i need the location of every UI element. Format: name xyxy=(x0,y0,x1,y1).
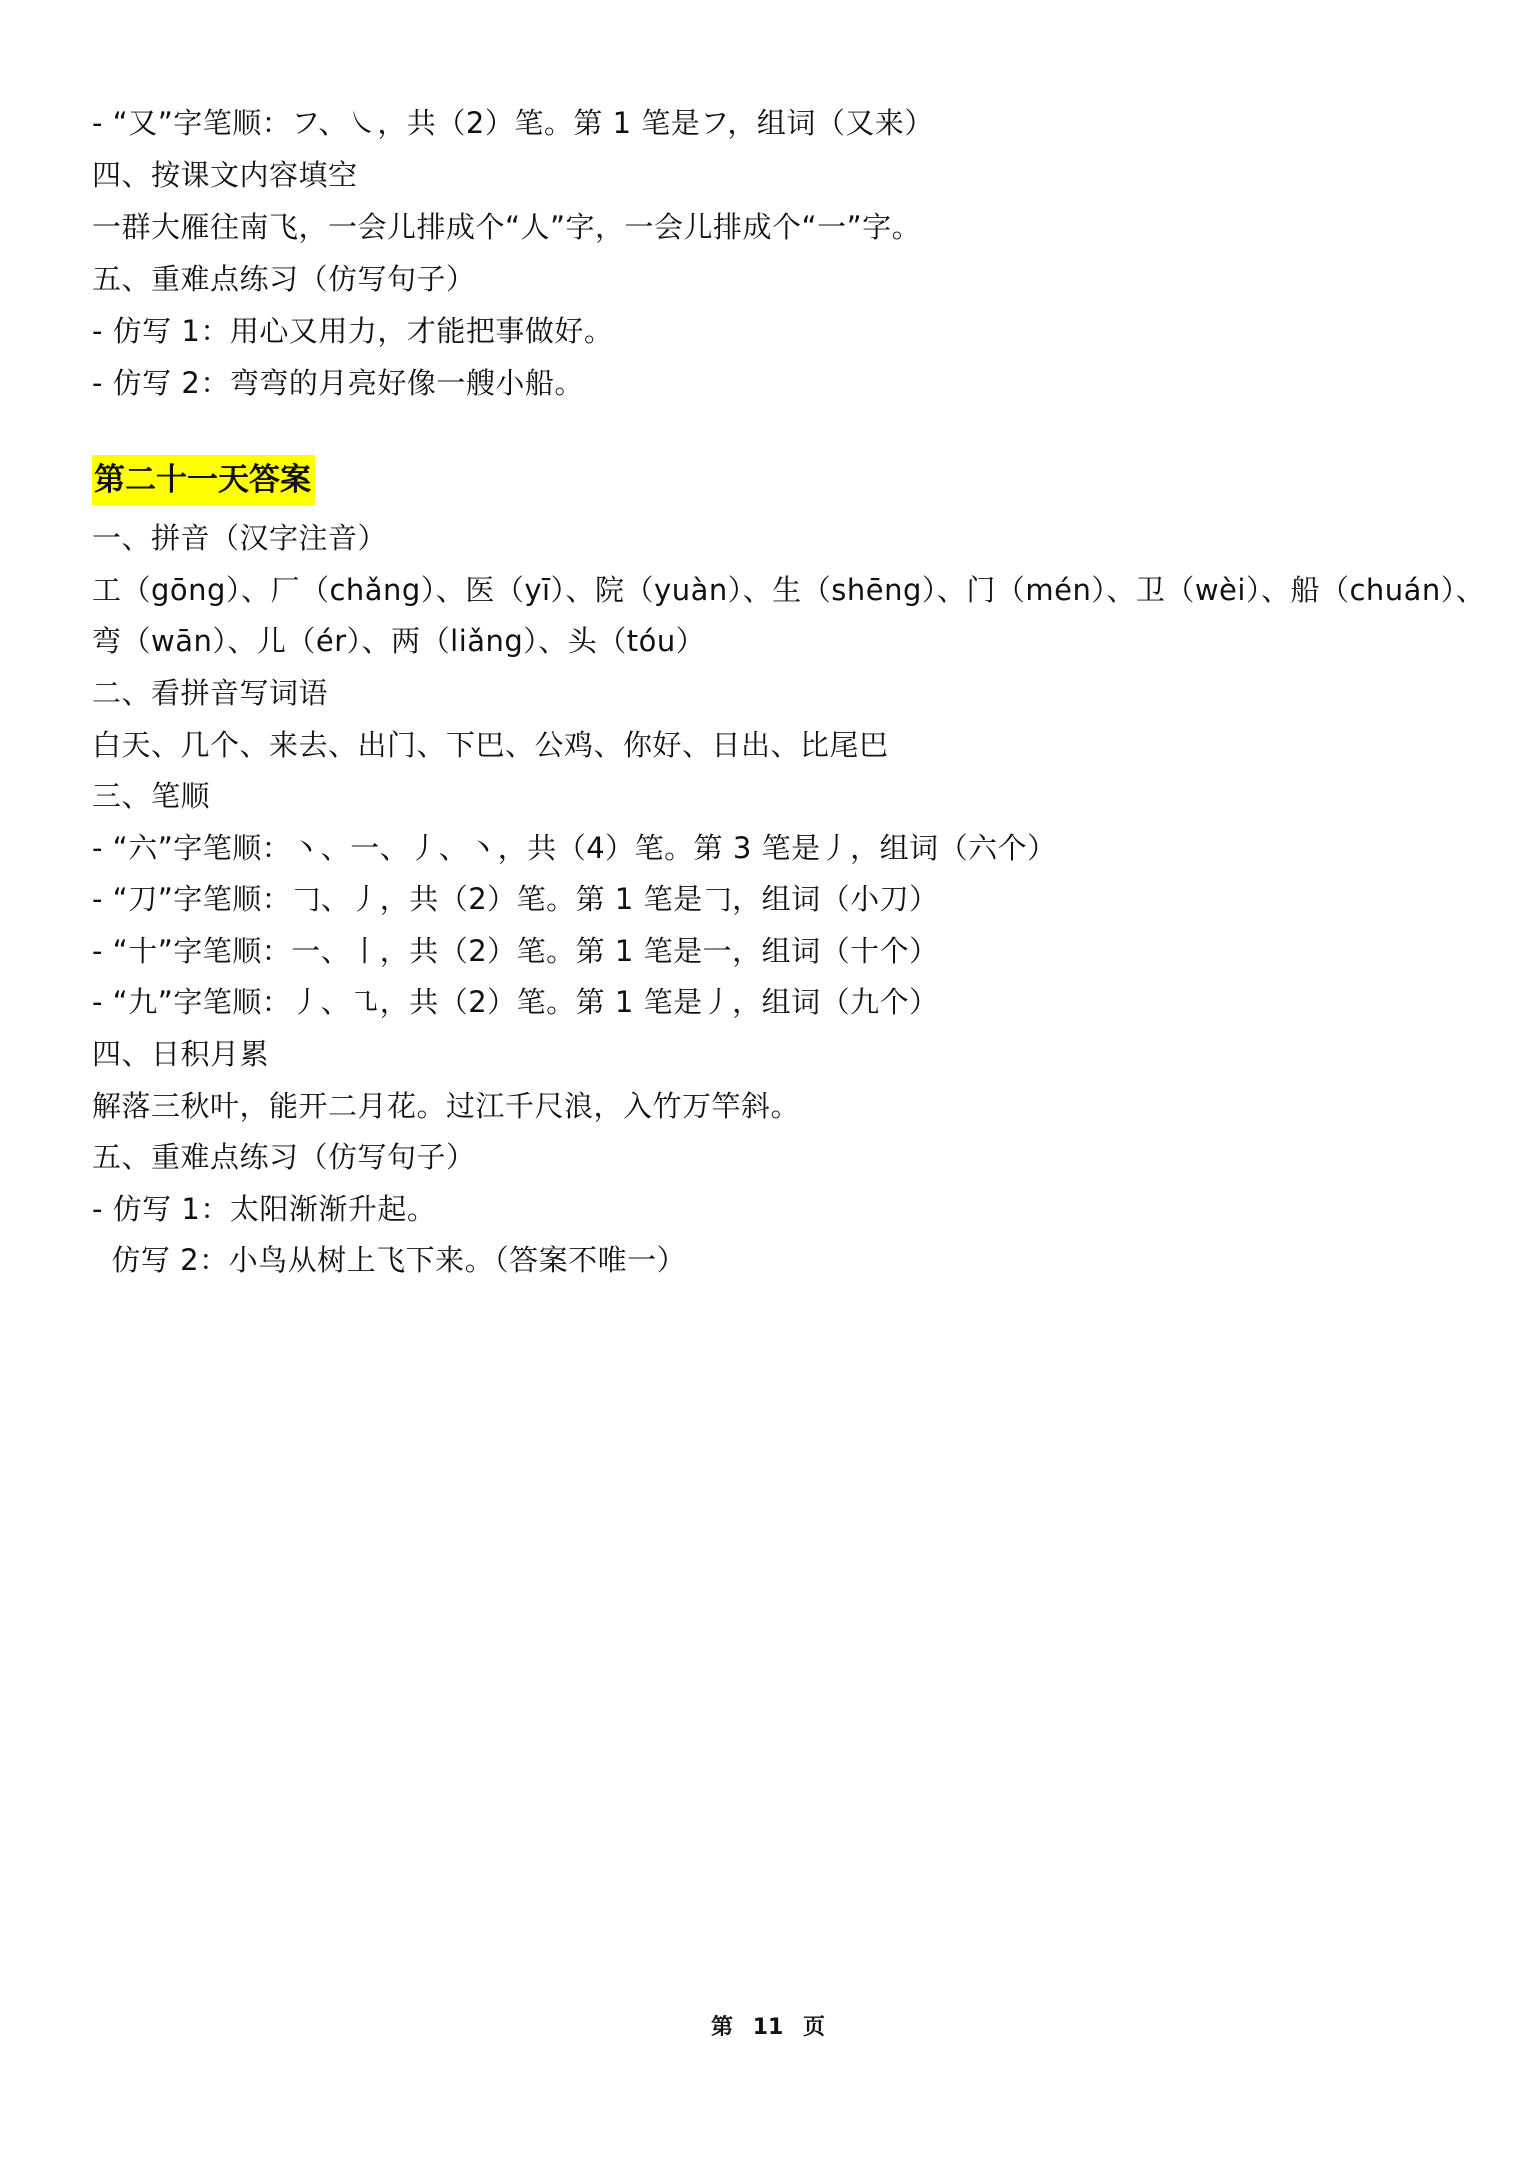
page-number: 11 xyxy=(753,2015,784,2040)
day21-title-highlighted: 第二十一天答案 xyxy=(92,455,315,505)
section-heading-stroke-order: 三、笔顺 xyxy=(92,776,210,816)
section-heading-write-words: 二、看拼音写词语 xyxy=(92,673,328,713)
imitation-sentence-2: - 仿写 2：弯弯的月亮好像一艘小船。 xyxy=(92,363,584,403)
pinyin-line-2: 弯（wān）、儿（ér）、两（liǎng）、头（tóu） xyxy=(92,621,705,661)
section-heading-imitation: 五、重难点练习（仿写句子） xyxy=(92,259,476,299)
stroke-order-item-jiu: - “九”字笔顺：丿、㇈，共（2）笔。第 1 笔是丿，组词（九个） xyxy=(92,982,939,1022)
section-heading-accumulation: 四、日积月累 xyxy=(92,1034,269,1074)
imitation-sentence-day21-2: 仿写 2：小鸟从树上飞下来。（答案不唯一） xyxy=(92,1240,686,1280)
footer-prefix: 第 xyxy=(711,2015,733,2040)
pinyin-line-1: 工（gōng）、厂（chǎng）、医（yī）、院（yuàn）、生（shēng）、… xyxy=(92,570,1485,610)
page-footer: 第 11 页 xyxy=(0,2012,1536,2044)
stroke-order-item-shi: - “十”字笔顺：一、丨，共（2）笔。第 1 笔是一，组词（十个） xyxy=(92,931,939,971)
imitation-sentence-1: - 仿写 1：用心又用力，才能把事做好。 xyxy=(92,311,613,351)
document-page: - “又”字笔顺：フ、㇏，共（2）笔。第 1 笔是フ，组词（又来） 四、按课文内… xyxy=(0,0,1536,2171)
stroke-order-item-dao: - “刀”字笔顺：𠃌、丿，共（2）笔。第 1 笔是𠃌，组词（小刀） xyxy=(92,879,939,919)
write-words-answer: 白天、几个、来去、出门、下巴、公鸡、你好、日出、比尾巴 xyxy=(92,725,889,765)
footer-suffix: 页 xyxy=(803,2015,825,2040)
fill-blank-answer: 一群大雁往南飞，一会儿排成个“人”字，一会儿排成个“一”字。 xyxy=(92,207,921,247)
poem-answer: 解落三秋叶，能开二月花。过江千尺浪，入竹万竿斜。 xyxy=(92,1086,800,1126)
stroke-order-item-you: - “又”字笔顺：フ、㇏，共（2）笔。第 1 笔是フ，组词（又来） xyxy=(92,103,934,143)
imitation-sentence-day21-1: - 仿写 1：太阳渐渐升起。 xyxy=(92,1189,436,1229)
stroke-order-item-liu: - “六”字笔顺：丶、一、丿、丶，共（4）笔。第 3 笔是丿，组词（六个） xyxy=(92,828,1057,868)
section-heading-imitation-day21: 五、重难点练习（仿写句子） xyxy=(92,1137,476,1177)
section-heading-pinyin: 一、拼音（汉字注音） xyxy=(92,518,387,558)
section-heading-fill-blank: 四、按课文内容填空 xyxy=(92,155,358,195)
